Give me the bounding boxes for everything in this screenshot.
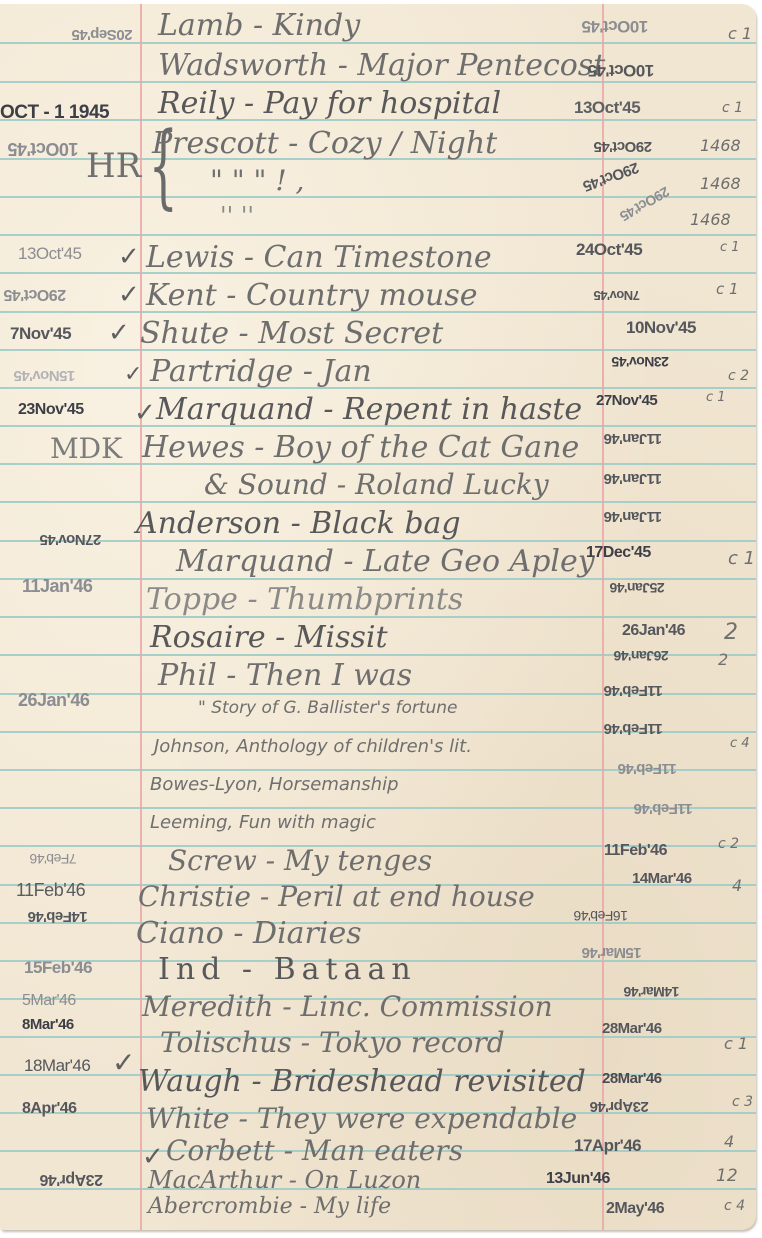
entry: Johnson, Anthology of children's lit. <box>154 736 472 757</box>
entry: " Story of G. Ballister's fortune <box>198 698 458 718</box>
copy-count: c 1 <box>728 24 752 43</box>
date-stamp: 20Sep'45 <box>72 26 132 43</box>
entry: Ciano - Diaries <box>136 916 362 951</box>
date-stamp: 26Jan'46 <box>622 622 685 640</box>
date-stamp: 16Feb'46 <box>574 908 628 924</box>
copy-count: c 1 <box>706 390 726 405</box>
date-stamp: 23Nov'45 <box>612 354 669 370</box>
date-stamp: 13Jun'46 <box>546 1170 610 1188</box>
library-index-card: 20Sep'45 OCT - 1 1945 10Oct'45 13Oct'45 … <box>0 4 756 1230</box>
entry: Prescott - Cozy / Night <box>152 126 497 161</box>
date-stamp: 29Oct'45 <box>4 285 66 303</box>
date-stamp: 8Apr'46 <box>22 1100 77 1118</box>
date-stamp: 14Feb'46 <box>28 908 88 925</box>
entry: Leeming, Fun with magic <box>150 812 376 833</box>
date-stamp: 10Nov'45 <box>626 318 696 338</box>
check-mark-icon: ✓ <box>108 318 130 348</box>
copy-count: 4 <box>724 1132 734 1151</box>
copy-count: c 1 <box>720 240 740 255</box>
copy-count: c 4 <box>730 736 750 751</box>
copy-count: c 2 <box>718 836 739 852</box>
copy-count: c 1 <box>716 280 739 298</box>
entry: " " " ! , <box>210 164 304 197</box>
copy-count: c 3 <box>732 1094 753 1110</box>
entry: Tolischus - Tokyo record <box>160 1026 505 1059</box>
copy-count: c 1 <box>722 100 743 116</box>
copy-count: 1468 <box>700 136 741 155</box>
date-stamp: 28Mar'46 <box>602 1020 662 1037</box>
date-stamp: 11Jan'46 <box>22 576 92 597</box>
date-stamp: 28Mar'46 <box>602 1070 662 1087</box>
date-stamp: 11Feb'46 <box>16 880 85 901</box>
copy-count: 4 <box>732 876 742 895</box>
entry: Marquand - Repent in haste <box>156 392 582 427</box>
date-stamp: 23Nov'45 <box>18 401 84 419</box>
entry: & Sound - Roland Lucky <box>204 468 549 501</box>
date-stamp: 18Mar'46 <box>24 1056 90 1076</box>
copy-count: c 2 <box>728 368 749 384</box>
entry: Phil - Then I was <box>158 658 412 693</box>
copy-count: c 1 <box>728 548 755 569</box>
entry: Toppe - Thumbprints <box>146 582 463 617</box>
date-stamp: 15Feb'46 <box>24 958 92 978</box>
copy-count: c 1 <box>724 1034 748 1053</box>
date-stamp: 14Mar'46 <box>624 984 679 1000</box>
date-stamp: OCT - 1 1945 <box>0 102 109 124</box>
entry: Wadsworth - Major Pentecost <box>158 48 605 83</box>
date-stamp: 10Oct'45 <box>8 138 78 159</box>
entry: '' '' <box>220 202 254 230</box>
entry: Rosaire - Missit <box>150 620 388 655</box>
date-stamp: 8Mar'46 <box>22 1016 74 1033</box>
entry: Lewis - Can Timestone <box>146 240 492 275</box>
entry: Bowes-Lyon, Horsemanship <box>150 774 399 795</box>
date-stamp: 24Oct'45 <box>576 240 642 260</box>
date-stamp: 7Nov'45 <box>10 324 71 344</box>
entry: Christie - Peril at end house <box>138 880 535 913</box>
entry: White - They were expendable <box>146 1102 577 1135</box>
date-stamp: 11Feb'46 <box>604 682 663 699</box>
date-stamp: 27Nov'45 <box>596 392 657 409</box>
ruled-line <box>0 387 756 389</box>
entry: Reily - Pay for hospital <box>158 86 501 121</box>
entry: Abercrombie - My life <box>148 1194 391 1219</box>
ruled-line <box>0 922 756 924</box>
check-mark-icon: ✓ <box>112 1046 135 1079</box>
date-stamp: 23Apr'46 <box>590 1098 649 1115</box>
date-stamp: 23Apr'46 <box>40 1170 103 1188</box>
date-stamp: 2May'46 <box>606 1200 664 1218</box>
date-stamp: 26Jan'46 <box>18 690 89 711</box>
date-stamp: 13Oct'45 <box>574 98 640 118</box>
date-stamp: 10Oct'45 <box>582 16 648 36</box>
margin-note-hr: HR <box>86 146 141 186</box>
entry: Shute - Most Secret <box>140 316 443 351</box>
date-stamp: 14Mar'46 <box>632 870 692 887</box>
entry: MacArthur - On Luzon <box>148 1166 421 1194</box>
ruled-line <box>0 234 756 236</box>
margin-note-mdk: MDK <box>50 432 122 465</box>
copy-count: 12 <box>716 1166 738 1186</box>
check-mark-icon: ✓ <box>124 362 142 387</box>
copy-count: c 4 <box>724 1198 745 1214</box>
date-stamp: 11Feb'46 <box>618 760 677 777</box>
entry: Partridge - Jan <box>150 354 372 389</box>
left-margin-line <box>140 4 142 1230</box>
copy-count: 2 <box>724 620 738 645</box>
date-stamp: 7Feb'46 <box>30 851 77 867</box>
date-stamp: 29Oct'45 <box>581 159 641 195</box>
date-stamp: 10Oct'45 <box>588 60 654 80</box>
entry: Marquand - Late Geo Apley <box>176 544 595 579</box>
date-stamp: 25Jan'46 <box>610 580 665 596</box>
date-stamp: 26Jan'46 <box>614 648 669 664</box>
check-mark-icon: ✓ <box>134 398 156 428</box>
entry: Ind - Bataan <box>158 952 417 987</box>
entry: Anderson - Black bag <box>136 506 461 541</box>
entry: Hewes - Boy of the Cat Gane <box>142 430 579 465</box>
date-stamp: 27Nov'45 <box>40 531 101 548</box>
ruled-line <box>0 501 756 503</box>
date-stamp: 17Apr'46 <box>574 1136 641 1156</box>
date-stamp: 13Oct'45 <box>18 244 82 264</box>
date-stamp: 11Feb'46 <box>604 842 667 860</box>
copy-count: 2 <box>718 650 728 669</box>
entry: Kent - Country mouse <box>146 278 477 313</box>
entry: Corbett - Man eaters <box>166 1134 463 1167</box>
date-stamp: 11Feb'46 <box>604 720 663 737</box>
date-stamp: 11Jan'46 <box>604 430 662 447</box>
date-stamp: 15Nov'45 <box>14 367 75 384</box>
date-stamp: 29Oct'45 <box>618 184 673 225</box>
entry: Meredith - Linc. Commission <box>142 990 553 1023</box>
copy-count: 1468 <box>700 174 741 193</box>
copy-count: 1468 <box>690 210 731 229</box>
entry: Waugh - Brideshead revisited <box>138 1064 586 1099</box>
check-mark-icon: ✓ <box>118 280 140 310</box>
entry: Lamb - Kindy <box>158 8 360 43</box>
date-stamp: 11Feb'46 <box>634 800 693 817</box>
entry: Screw - My tenges <box>168 844 432 877</box>
date-stamp: 7Nov'45 <box>594 288 640 303</box>
date-stamp: 15Mar'46 <box>582 944 642 961</box>
date-stamp: 17Dec'45 <box>586 544 651 562</box>
date-stamp: 11Jan'46 <box>604 508 662 525</box>
date-stamp: 5Mar'46 <box>22 992 76 1010</box>
date-stamp: 29Oct'45 <box>594 138 652 155</box>
date-stamp: 11Jan'46 <box>604 470 662 487</box>
check-mark-icon: ✓ <box>118 242 140 272</box>
